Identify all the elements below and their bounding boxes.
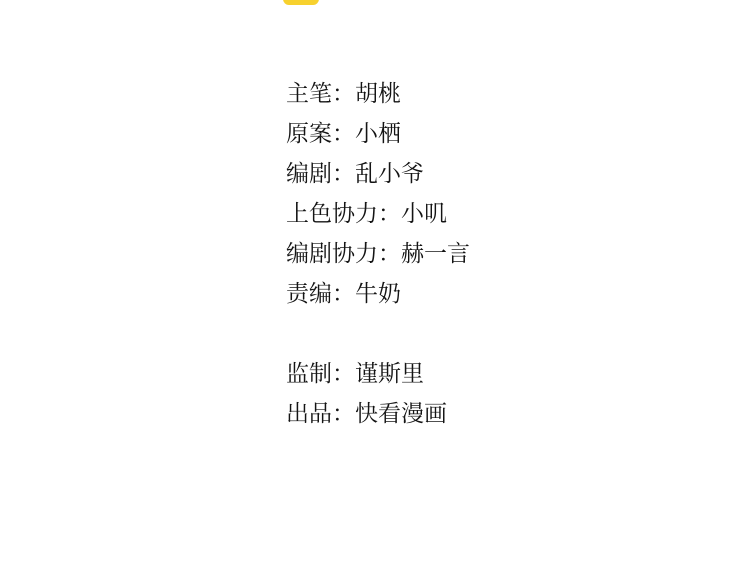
credit-row: 出品：快看漫画 (286, 394, 470, 434)
credit-separator: ： (332, 281, 355, 307)
credit-role: 责编 (286, 281, 332, 307)
credit-row: 监制：谨斯里 (286, 354, 470, 394)
credit-name: 快看漫画 (355, 401, 447, 427)
credit-separator: ： (332, 401, 355, 427)
credit-name: 谨斯里 (355, 361, 424, 387)
credit-role: 编剧 (286, 161, 332, 187)
credit-separator: ： (332, 361, 355, 387)
credit-name: 牛奶 (355, 281, 401, 307)
credit-name: 小栖 (355, 121, 401, 147)
credit-separator: ： (332, 81, 355, 107)
credit-row: 编剧协力：赫一言 (286, 234, 470, 274)
credit-row: 责编：牛奶 (286, 274, 470, 314)
credit-separator: ： (332, 121, 355, 147)
credit-row: 编剧：乱小爷 (286, 154, 470, 194)
credit-role: 原案 (286, 121, 332, 147)
credit-role: 监制 (286, 361, 332, 387)
credit-separator: ： (378, 241, 401, 267)
credit-row: 主笔：胡桃 (286, 74, 470, 114)
credit-role: 上色协力 (286, 201, 378, 227)
credit-role: 主笔 (286, 81, 332, 107)
credit-name: 小叽 (401, 201, 447, 227)
spacer (286, 314, 470, 354)
credit-separator: ： (378, 201, 401, 227)
top-yellow-tab (283, 0, 319, 5)
credit-name: 胡桃 (355, 81, 401, 107)
credit-separator: ： (332, 161, 355, 187)
credit-name: 赫一言 (401, 241, 470, 267)
credit-name: 乱小爷 (355, 161, 424, 187)
credit-role: 编剧协力 (286, 241, 378, 267)
credit-role: 出品 (286, 401, 332, 427)
credit-row: 原案：小栖 (286, 114, 470, 154)
credits-list: 主笔：胡桃 原案：小栖 编剧：乱小爷 上色协力：小叽 编剧协力：赫一言 责编：牛… (286, 74, 470, 434)
credit-row: 上色协力：小叽 (286, 194, 470, 234)
